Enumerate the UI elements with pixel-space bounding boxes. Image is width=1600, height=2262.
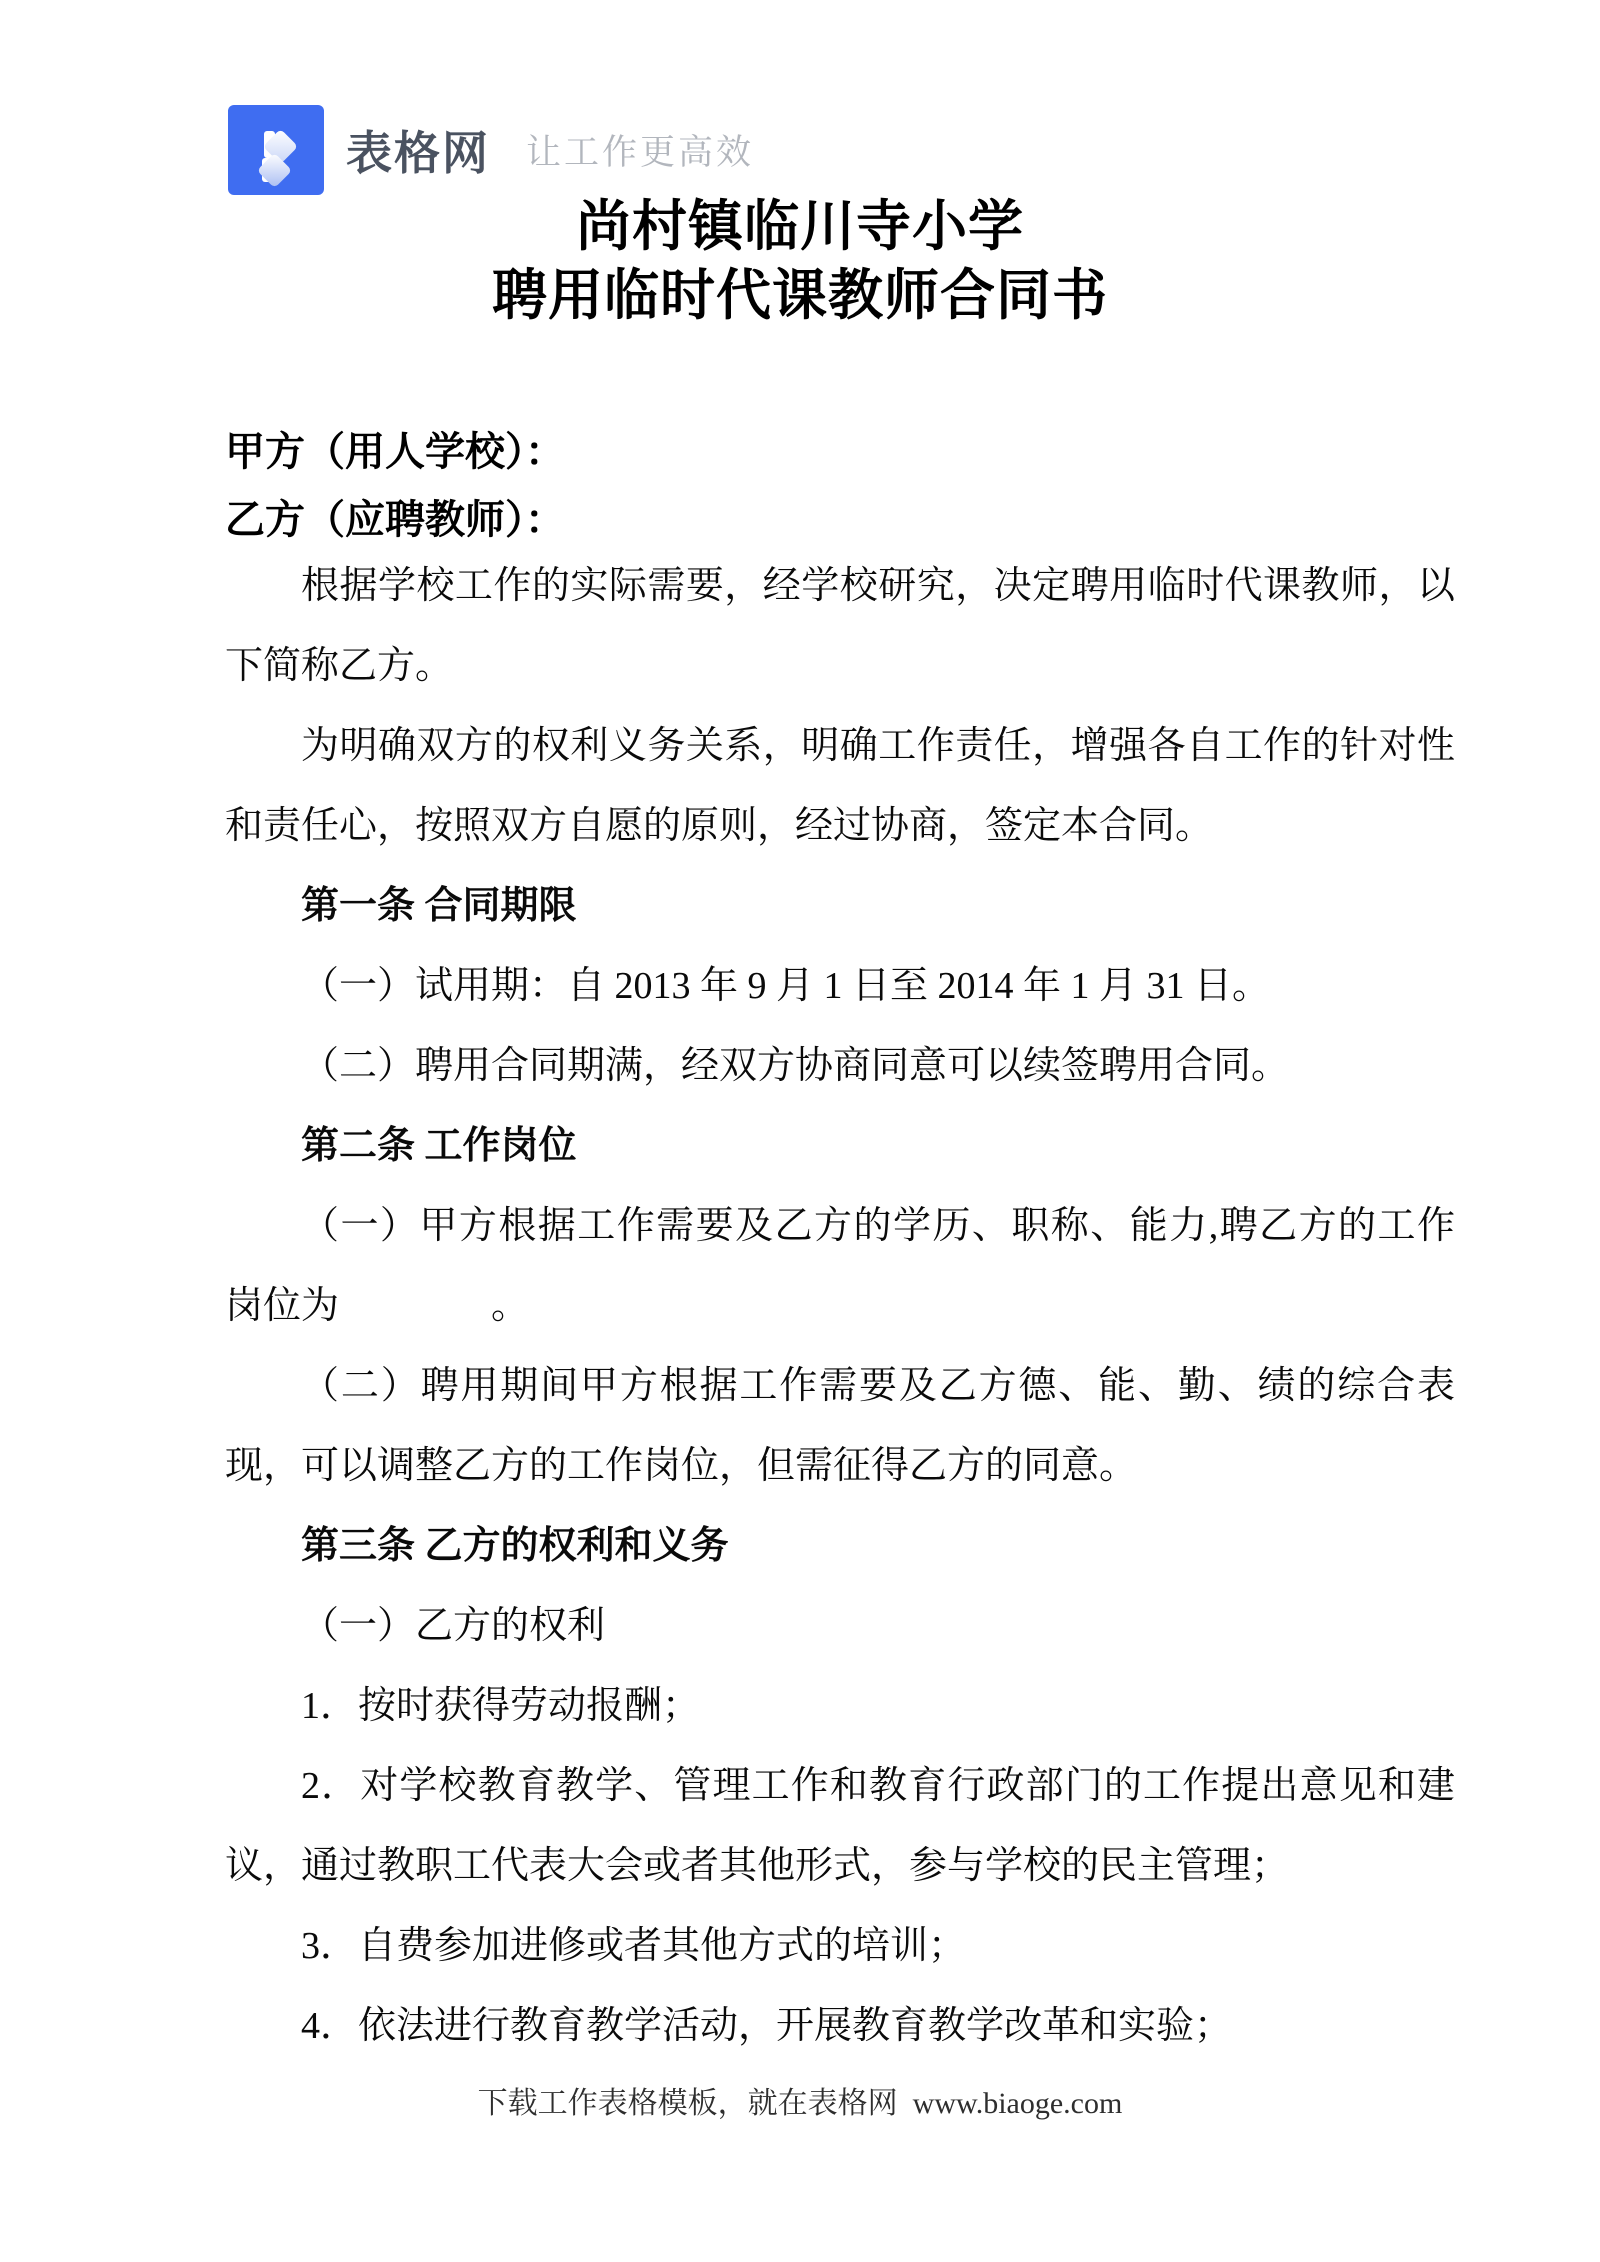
contract-body: 根据学校工作的实际需要，经学校研究，决定聘用临时代课教师，以 下简称乙方。 为明… [225, 546, 1455, 2066]
numbered-item: 3．自费参加进修或者其他方式的培训； [225, 1906, 1455, 1986]
paragraph-line: 和责任心，按照双方自愿的原则，经过协商，签定本合同。 [225, 786, 1455, 866]
clause-item: （一）甲方根据工作需要及乙方的学历、职称、能力,聘乙方的工作 [225, 1186, 1455, 1266]
clause-heading: 第三条 乙方的权利和义务 [225, 1506, 1455, 1586]
paragraph-line: 为明确双方的权利义务关系，明确工作责任，增强各自工作的针对性 [225, 706, 1455, 786]
numbered-item: 2．对学校教育教学、管理工作和教育行政部门的工作提出意见和建 [225, 1746, 1455, 1826]
party-b-label: 乙方（应聘教师）： [225, 486, 565, 554]
paragraph-line: 根据学校工作的实际需要，经学校研究，决定聘用临时代课教师，以 [225, 546, 1455, 626]
clause-item: （一）试用期：自 2013 年 9 月 1 日至 2014 年 1 月 31 日… [225, 946, 1455, 1026]
brand-tagline: 让工作更高效 [526, 125, 754, 175]
clause-heading: 第二条 工作岗位 [225, 1106, 1455, 1186]
paragraph-line: 议，通过教职工代表大会或者其他形式，参与学校的民主管理； [225, 1826, 1455, 1906]
paragraph-line: 现，可以调整乙方的工作岗位，但需征得乙方的同意。 [225, 1426, 1455, 1506]
contract-parties: 甲方（用人学校）： 乙方（应聘教师）： [225, 418, 565, 554]
document-title: 尚村镇临川寺小学 聘用临时代课教师合同书 [0, 192, 1600, 330]
footer-watermark: 下载工作表格模板，就在表格网 www.biaoge.com [0, 2082, 1600, 2126]
numbered-item: 4．依法进行教育教学活动，开展教育教学改革和实验； [225, 1986, 1455, 2066]
numbered-item: 1．按时获得劳动报酬； [225, 1666, 1455, 1746]
biaoge-logo-icon [228, 105, 324, 195]
biaoge-logo-text: 表格网 [346, 117, 490, 183]
document-title-line2: 聘用临时代课教师合同书 [0, 261, 1600, 330]
clause-item: （二）聘用期间甲方根据工作需要及乙方德、能、勤、绩的综合表 [225, 1346, 1455, 1426]
contract-document-page: 表格网 让工作更高效 尚村镇临川寺小学 聘用临时代课教师合同书 甲方（用人学校）… [0, 0, 1600, 2262]
biaoge-brand-header: 表格网 让工作更高效 [228, 105, 754, 195]
party-a-label: 甲方（用人学校）： [225, 418, 565, 486]
clause-item: （二）聘用合同期满，经双方协商同意可以续签聘用合同。 [225, 1026, 1455, 1106]
paragraph-line: 下简称乙方。 [225, 626, 1455, 706]
clause-item: （一）乙方的权利 [225, 1586, 1455, 1666]
document-title-line1: 尚村镇临川寺小学 [0, 192, 1600, 261]
fill-in-blank-line: 岗位为 。 [225, 1266, 1455, 1346]
clause-heading: 第一条 合同期限 [225, 866, 1455, 946]
